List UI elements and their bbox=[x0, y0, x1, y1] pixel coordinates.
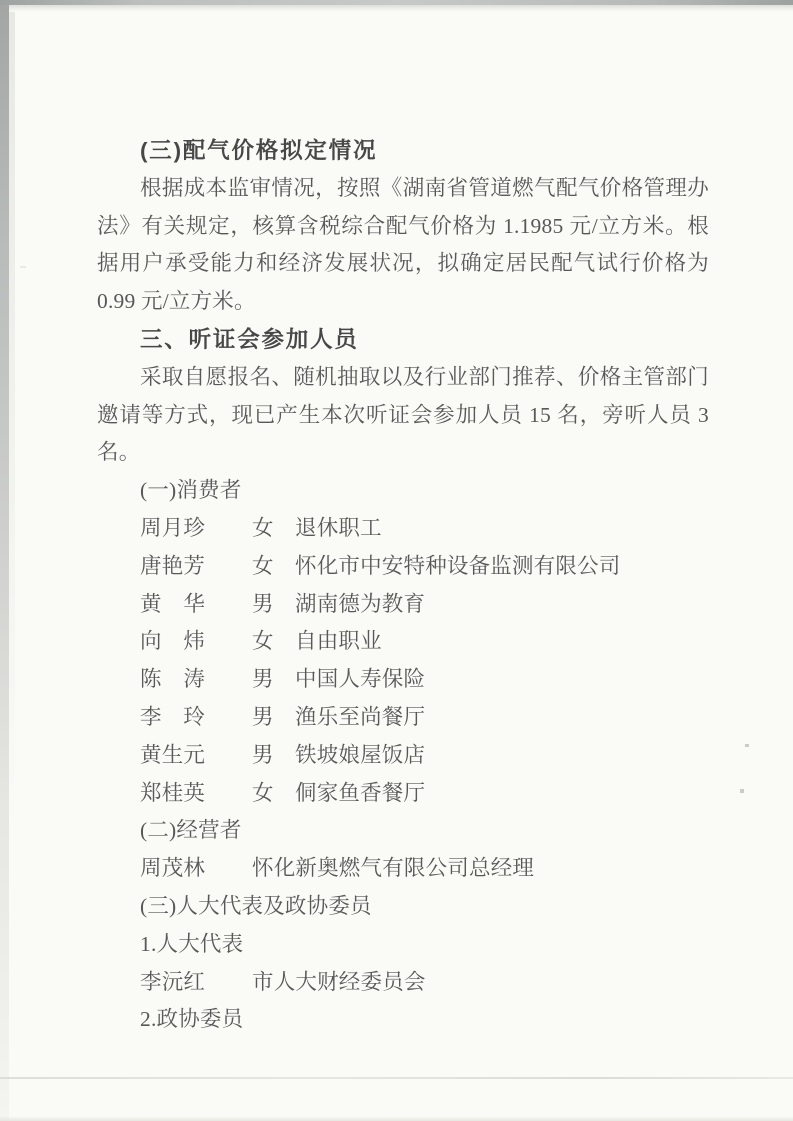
section-heading-price-plan: (三)配气价格拟定情况 bbox=[97, 132, 709, 170]
participant-org: 自由职业 bbox=[295, 623, 709, 661]
participant-row: 向 炜 女 自由职业 bbox=[97, 623, 709, 661]
list-item-npc-deputies: 1.人大代表 bbox=[97, 926, 709, 964]
participant-gender: 女 bbox=[252, 548, 295, 586]
scan-speck bbox=[20, 266, 26, 268]
scan-speck bbox=[740, 789, 744, 793]
participant-gender: 男 bbox=[252, 699, 295, 737]
participant-row: 陈 涛 男 中国人寿保险 bbox=[97, 661, 709, 699]
participant-gender: 女 bbox=[252, 623, 295, 661]
participant-name: 陈 涛 bbox=[140, 661, 252, 699]
participant-row: 郑桂英 女 侗家鱼香餐厅 bbox=[97, 775, 709, 813]
participant-name: 郑桂英 bbox=[140, 775, 252, 813]
scan-edge-bottom bbox=[0, 1116, 793, 1121]
participant-row: 李沅红 市人大财经委员会 bbox=[97, 964, 709, 1002]
participant-name: 唐艳芳 bbox=[140, 548, 252, 586]
participant-gender: 男 bbox=[252, 661, 295, 699]
participant-row: 周茂林 怀化新奥燃气有限公司总经理 bbox=[97, 850, 709, 888]
participant-org: 铁坡娘屋饭店 bbox=[295, 737, 709, 775]
subsection-label-operators: (二)经营者 bbox=[97, 812, 709, 850]
participant-name: 周月珍 bbox=[140, 510, 252, 548]
paragraph-participants: 采取自愿报名、随机抽取以及行业部门推荐、价格主管部门邀请等方式，现已产生本次听证… bbox=[97, 359, 709, 472]
subsection-label-consumers: (一)消费者 bbox=[97, 472, 709, 510]
participant-gender: 男 bbox=[252, 737, 295, 775]
participant-gender: 女 bbox=[252, 510, 295, 548]
participant-gender: 男 bbox=[252, 586, 295, 624]
paragraph-price-plan: 根据成本监审情况，按照《湖南省管道燃气配气价格管理办法》有关规定，核算含税综合配… bbox=[97, 170, 709, 321]
scan-edge-left bbox=[0, 5, 9, 1121]
participant-name: 李沅红 bbox=[140, 964, 252, 1002]
participant-org: 中国人寿保险 bbox=[295, 661, 709, 699]
participant-org: 湖南德为教育 bbox=[295, 586, 709, 624]
participant-row: 李 玲 男 渔乐至尚餐厅 bbox=[97, 699, 709, 737]
participant-org: 侗家鱼香餐厅 bbox=[295, 775, 709, 813]
scan-artifact-line bbox=[0, 1077, 793, 1079]
participant-org: 市人大财经委员会 bbox=[252, 964, 709, 1002]
participant-row: 黄 华 男 湖南德为教育 bbox=[97, 586, 709, 624]
scan-edge-top-shadow bbox=[0, 5, 793, 12]
scan-edge-left-shadow bbox=[9, 12, 15, 1121]
participant-row: 黄生元 男 铁坡娘屋饭店 bbox=[97, 737, 709, 775]
document-content: (三)配气价格拟定情况 根据成本监审情况，按照《湖南省管道燃气配气价格管理办法》… bbox=[97, 132, 709, 1039]
subsection-label-deputies: (三)人大代表及政协委员 bbox=[97, 888, 709, 926]
participant-row: 周月珍 女 退休职工 bbox=[97, 510, 709, 548]
participant-name: 黄 华 bbox=[140, 586, 252, 624]
scan-speck bbox=[745, 744, 749, 747]
participant-name: 李 玲 bbox=[140, 699, 252, 737]
scanned-document-page: { "document": { "section_price": { "head… bbox=[0, 0, 793, 1121]
participant-org: 怀化市中安特种设备监测有限公司 bbox=[295, 548, 709, 586]
participant-org: 退休职工 bbox=[295, 510, 709, 548]
participant-name: 黄生元 bbox=[140, 737, 252, 775]
participant-org: 怀化新奥燃气有限公司总经理 bbox=[252, 850, 709, 888]
section-heading-participants: 三、听证会参加人员 bbox=[97, 321, 709, 359]
participant-gender: 女 bbox=[252, 775, 295, 813]
list-item-cppcc-members: 2.政协委员 bbox=[97, 1001, 709, 1039]
participant-row: 唐艳芳 女 怀化市中安特种设备监测有限公司 bbox=[97, 548, 709, 586]
participant-org: 渔乐至尚餐厅 bbox=[295, 699, 709, 737]
participant-name: 周茂林 bbox=[140, 850, 252, 888]
participant-name: 向 炜 bbox=[140, 623, 252, 661]
